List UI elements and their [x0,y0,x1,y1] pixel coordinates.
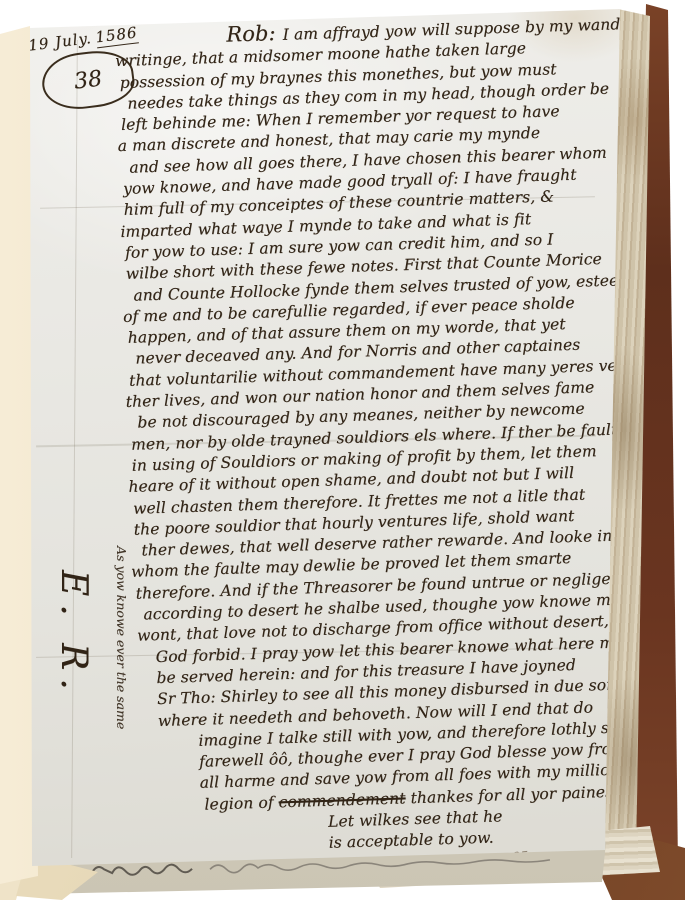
date-day-month: 19 July. [27,29,92,55]
fold-crease-vertical [71,40,78,858]
vertical-margin-note: As yow knowe ever the same [114,546,129,729]
strike-line-before: legion of [204,793,279,813]
letter-body: Rob:I am affrayd yow will suppose by my … [118,11,685,860]
manuscript-photo: 19 July.1586 38 Rob:I am affrayd yow wil… [0,0,685,900]
manuscript-page: 19 July.1586 38 Rob:I am affrayd yow wil… [0,0,685,900]
salutation: Rob: [226,21,276,47]
royal-monogram: E. R. [53,570,94,698]
folio-number: 38 [73,66,104,94]
letter-lines: writinge, that a midsomer moone hathe ta… [119,34,683,796]
struck-word: commendement [278,789,405,811]
